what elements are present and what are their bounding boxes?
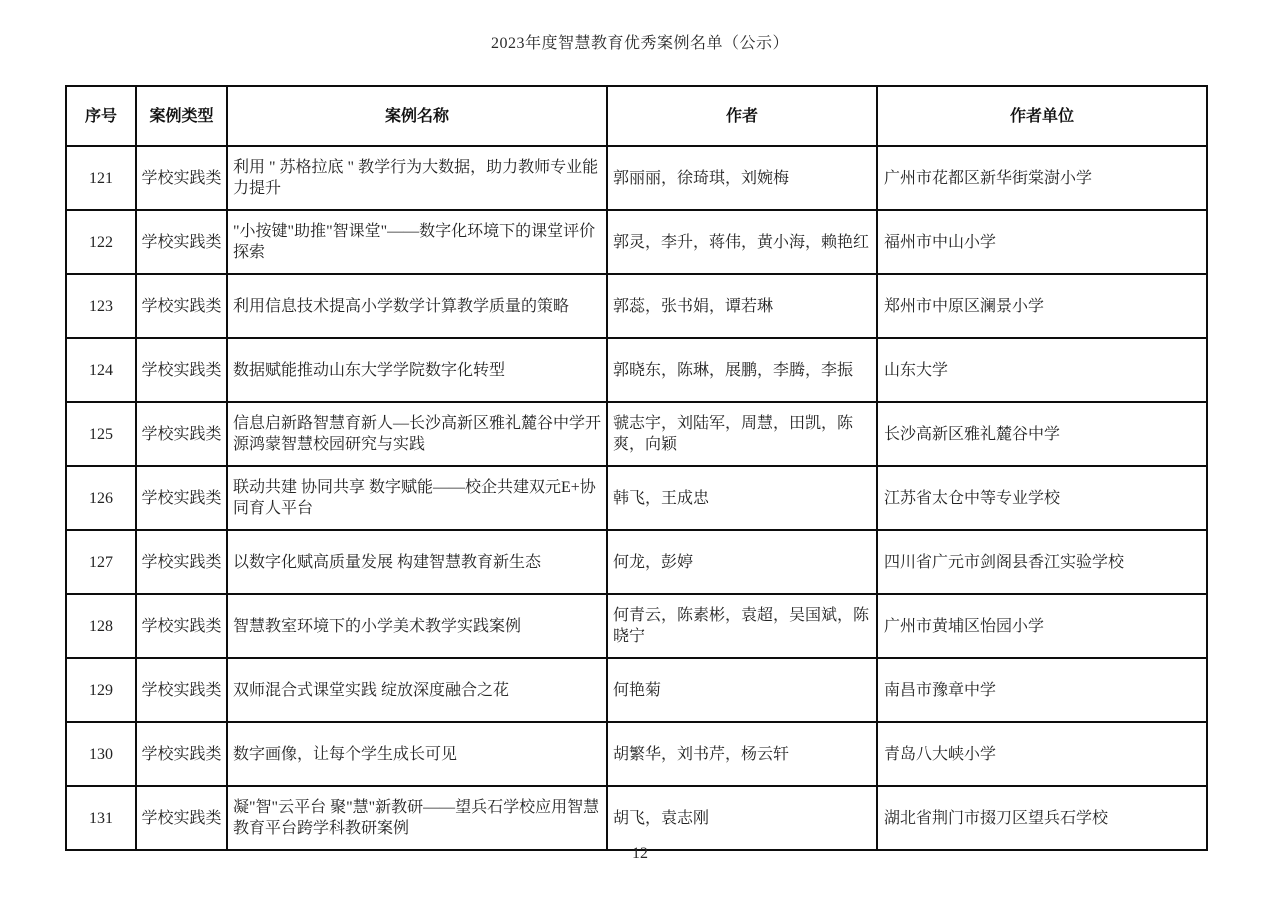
table-row: 122学校实践类"小按键"助推"智课堂"——数字化环境下的课堂评价探索郭灵，李升… bbox=[66, 210, 1207, 274]
row-case-name: 利用 " 苏格拉底 " 教学行为大数据，助力教师专业能力提升 bbox=[227, 146, 607, 210]
column-header-org: 作者单位 bbox=[877, 86, 1207, 146]
row-authors: 郭蕊，张书娟，谭若琳 bbox=[607, 274, 877, 338]
row-org: 长沙高新区雅礼麓谷中学 bbox=[877, 402, 1207, 466]
row-no: 127 bbox=[66, 530, 136, 594]
row-org: 江苏省太仓中等专业学校 bbox=[877, 466, 1207, 530]
row-org: 福州市中山小学 bbox=[877, 210, 1207, 274]
row-case-type: 学校实践类 bbox=[136, 594, 227, 658]
row-case-type: 学校实践类 bbox=[136, 146, 227, 210]
row-no: 126 bbox=[66, 466, 136, 530]
row-authors: 虢志宇，刘陆军，周慧，田凯，陈爽，向颖 bbox=[607, 402, 877, 466]
row-org: 四川省广元市剑阁县香江实验学校 bbox=[877, 530, 1207, 594]
row-case-type: 学校实践类 bbox=[136, 466, 227, 530]
row-case-name: 数据赋能推动山东大学学院数字化转型 bbox=[227, 338, 607, 402]
row-authors: 郭灵，李升，蒋伟，黄小海，赖艳红 bbox=[607, 210, 877, 274]
row-authors: 郭丽丽，徐琦琪，刘婉梅 bbox=[607, 146, 877, 210]
row-no: 131 bbox=[66, 786, 136, 850]
row-case-type: 学校实践类 bbox=[136, 530, 227, 594]
row-org: 湖北省荆门市掇刀区望兵石学校 bbox=[877, 786, 1207, 850]
row-authors: 郭晓东，陈琳，展鹏，李腾，李振 bbox=[607, 338, 877, 402]
table-row: 126学校实践类联动共建 协同共享 数字赋能——校企共建双元E+协同育人平台韩飞… bbox=[66, 466, 1207, 530]
row-case-name: 联动共建 协同共享 数字赋能——校企共建双元E+协同育人平台 bbox=[227, 466, 607, 530]
table-row: 123学校实践类利用信息技术提高小学数学计算教学质量的策略郭蕊，张书娟，谭若琳郑… bbox=[66, 274, 1207, 338]
row-authors: 何龙，彭婷 bbox=[607, 530, 877, 594]
row-case-type: 学校实践类 bbox=[136, 338, 227, 402]
row-case-name: 凝"智"云平台 聚"慧"新教研——望兵石学校应用智慧教育平台跨学科教研案例 bbox=[227, 786, 607, 850]
table-row: 129学校实践类双师混合式课堂实践 绽放深度融合之花何艳菊南昌市豫章中学 bbox=[66, 658, 1207, 722]
row-org: 郑州市中原区澜景小学 bbox=[877, 274, 1207, 338]
row-authors: 韩飞，王成忠 bbox=[607, 466, 877, 530]
row-case-type: 学校实践类 bbox=[136, 402, 227, 466]
row-case-name: 智慧教室环境下的小学美术教学实践案例 bbox=[227, 594, 607, 658]
row-org: 南昌市豫章中学 bbox=[877, 658, 1207, 722]
table-row: 127学校实践类以数字化赋高质量发展 构建智慧教育新生态何龙，彭婷四川省广元市剑… bbox=[66, 530, 1207, 594]
row-no: 125 bbox=[66, 402, 136, 466]
row-no: 128 bbox=[66, 594, 136, 658]
row-case-name: 双师混合式课堂实践 绽放深度融合之花 bbox=[227, 658, 607, 722]
row-org: 山东大学 bbox=[877, 338, 1207, 402]
row-authors: 胡飞，袁志刚 bbox=[607, 786, 877, 850]
document-title: 2023年度智慧教育优秀案例名单（公示） bbox=[0, 30, 1280, 53]
row-case-name: 数字画像，让每个学生成长可见 bbox=[227, 722, 607, 786]
document-page: 2023年度智慧教育优秀案例名单（公示） 序号 案例类型 案例名称 作者 作者单… bbox=[0, 0, 1280, 905]
row-case-name: 利用信息技术提高小学数学计算教学质量的策略 bbox=[227, 274, 607, 338]
table-row: 125学校实践类信息启新路智慧育新人—长沙高新区雅礼麓谷中学开源鸿蒙智慧校园研究… bbox=[66, 402, 1207, 466]
table-header-row: 序号 案例类型 案例名称 作者 作者单位 bbox=[66, 86, 1207, 146]
row-case-type: 学校实践类 bbox=[136, 274, 227, 338]
row-org: 青岛八大峡小学 bbox=[877, 722, 1207, 786]
row-no: 129 bbox=[66, 658, 136, 722]
row-org: 广州市黄埔区怡园小学 bbox=[877, 594, 1207, 658]
row-case-type: 学校实践类 bbox=[136, 722, 227, 786]
row-case-type: 学校实践类 bbox=[136, 658, 227, 722]
column-header-name: 案例名称 bbox=[227, 86, 607, 146]
cases-table: 序号 案例类型 案例名称 作者 作者单位 121学校实践类利用 " 苏格拉底 "… bbox=[65, 85, 1208, 851]
row-case-type: 学校实践类 bbox=[136, 210, 227, 274]
row-authors: 何青云，陈素彬，袁超，吴国斌，陈晓宁 bbox=[607, 594, 877, 658]
table-row: 131学校实践类凝"智"云平台 聚"慧"新教研——望兵石学校应用智慧教育平台跨学… bbox=[66, 786, 1207, 850]
column-header-authors: 作者 bbox=[607, 86, 877, 146]
table-row: 121学校实践类利用 " 苏格拉底 " 教学行为大数据，助力教师专业能力提升郭丽… bbox=[66, 146, 1207, 210]
row-no: 130 bbox=[66, 722, 136, 786]
row-case-name: 以数字化赋高质量发展 构建智慧教育新生态 bbox=[227, 530, 607, 594]
table-row: 128学校实践类智慧教室环境下的小学美术教学实践案例何青云，陈素彬，袁超，吴国斌… bbox=[66, 594, 1207, 658]
table-row: 124学校实践类数据赋能推动山东大学学院数字化转型郭晓东，陈琳，展鹏，李腾，李振… bbox=[66, 338, 1207, 402]
row-case-type: 学校实践类 bbox=[136, 786, 227, 850]
page-number: 12 bbox=[0, 845, 1280, 863]
row-no: 121 bbox=[66, 146, 136, 210]
row-authors: 胡繁华，刘书芹，杨云轩 bbox=[607, 722, 877, 786]
row-no: 123 bbox=[66, 274, 136, 338]
table-body: 121学校实践类利用 " 苏格拉底 " 教学行为大数据，助力教师专业能力提升郭丽… bbox=[66, 146, 1207, 850]
table-row: 130学校实践类数字画像，让每个学生成长可见胡繁华，刘书芹，杨云轩青岛八大峡小学 bbox=[66, 722, 1207, 786]
column-header-type: 案例类型 bbox=[136, 86, 227, 146]
row-org: 广州市花都区新华街棠澍小学 bbox=[877, 146, 1207, 210]
row-no: 124 bbox=[66, 338, 136, 402]
row-case-name: 信息启新路智慧育新人—长沙高新区雅礼麓谷中学开源鸿蒙智慧校园研究与实践 bbox=[227, 402, 607, 466]
row-case-name: "小按键"助推"智课堂"——数字化环境下的课堂评价探索 bbox=[227, 210, 607, 274]
row-authors: 何艳菊 bbox=[607, 658, 877, 722]
column-header-no: 序号 bbox=[66, 86, 136, 146]
row-no: 122 bbox=[66, 210, 136, 274]
